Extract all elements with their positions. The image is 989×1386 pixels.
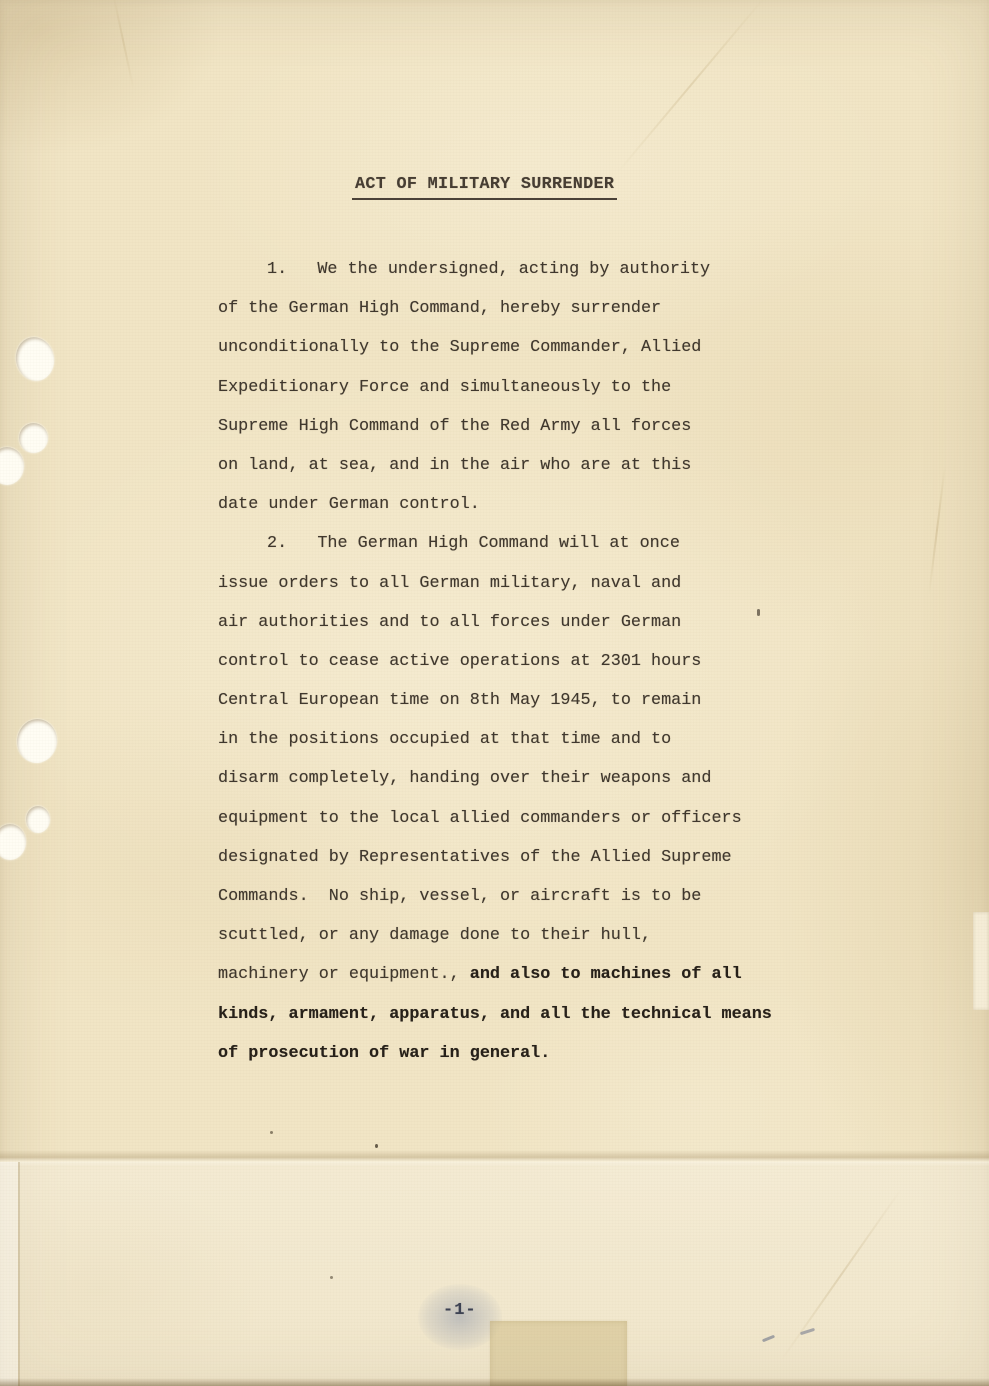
ink-speck — [757, 609, 760, 616]
paragraph-1-line: on land, at sea, and in the air who are … — [218, 446, 838, 485]
paragraph-2-line: disarm completely, handing over their we… — [218, 759, 838, 798]
tape-piece-bottom — [490, 1321, 627, 1386]
paragraph-2-line: control to cease active operations at 23… — [218, 642, 838, 681]
page-number: -1- — [443, 1301, 477, 1320]
paragraph-1-line: 1. We the undersigned, acting by authori… — [218, 250, 838, 289]
ink-speck — [330, 1276, 333, 1279]
page-bottom-edge-shadow — [0, 1378, 989, 1386]
paragraph-2-line: 2. The German High Command will at once — [218, 524, 838, 563]
underlying-sheet-edge-line — [18, 1162, 20, 1386]
paragraph-2-line: issue orders to all German military, nav… — [218, 564, 838, 603]
document-title-wrap: ACT OF MILITARY SURRENDER — [352, 175, 617, 200]
paragraph-2-line: designated by Representatives of the All… — [218, 838, 838, 877]
tape-piece-right — [973, 912, 989, 1010]
paper-crease — [616, 0, 765, 174]
ink-speck — [270, 1131, 273, 1134]
scanned-document-page: ACT OF MILITARY SURRENDER 1. We the unde… — [0, 0, 989, 1386]
paragraph-2-line: Commands. No ship, vessel, or aircraft i… — [218, 877, 838, 916]
punch-hole — [12, 334, 58, 385]
paragraph-1-line: Supreme High Command of the Red Army all… — [218, 407, 838, 446]
paragraph-1-line: unconditionally to the Supreme Commander… — [218, 328, 838, 367]
punch-hole — [0, 824, 26, 860]
document-body: 1. We the undersigned, acting by authori… — [218, 250, 838, 1073]
paragraph-1-line: Expeditionary Force and simultaneously t… — [218, 368, 838, 407]
paragraph-2-line: in the positions occupied at that time a… — [218, 720, 838, 759]
underlying-sheet-edge — [0, 1162, 18, 1386]
document-title: ACT OF MILITARY SURRENDER — [352, 175, 617, 200]
punch-hole — [14, 716, 60, 765]
paragraph-2-line: Central European time on 8th May 1945, t… — [218, 681, 838, 720]
paragraph-1-line: date under German control. — [218, 485, 838, 524]
paragraph-1-line: of the German High Command, hereby surre… — [218, 289, 838, 328]
paper-crease — [928, 465, 946, 594]
paragraph-2-added-line: of prosecution of war in general. — [218, 1034, 838, 1073]
split-line-added-part: and also to machines of all — [470, 965, 742, 984]
punch-hole — [0, 447, 24, 485]
paragraph-2-line: equipment to the local allied commanders… — [218, 799, 838, 838]
paragraph-2-line: scuttled, or any damage done to their hu… — [218, 916, 838, 955]
punch-hole — [19, 423, 48, 453]
punch-hole — [26, 806, 50, 833]
ink-speck — [375, 1144, 378, 1148]
split-line-typed-part: machinery or equipment., — [218, 965, 470, 984]
paragraph-2-split-line: machinery or equipment., and also to mac… — [218, 955, 838, 994]
paper-crease — [112, 0, 135, 89]
paragraph-2-line: air authorities and to all forces under … — [218, 603, 838, 642]
paragraph-2-added-line: kinds, armament, apparatus, and all the … — [218, 995, 838, 1034]
